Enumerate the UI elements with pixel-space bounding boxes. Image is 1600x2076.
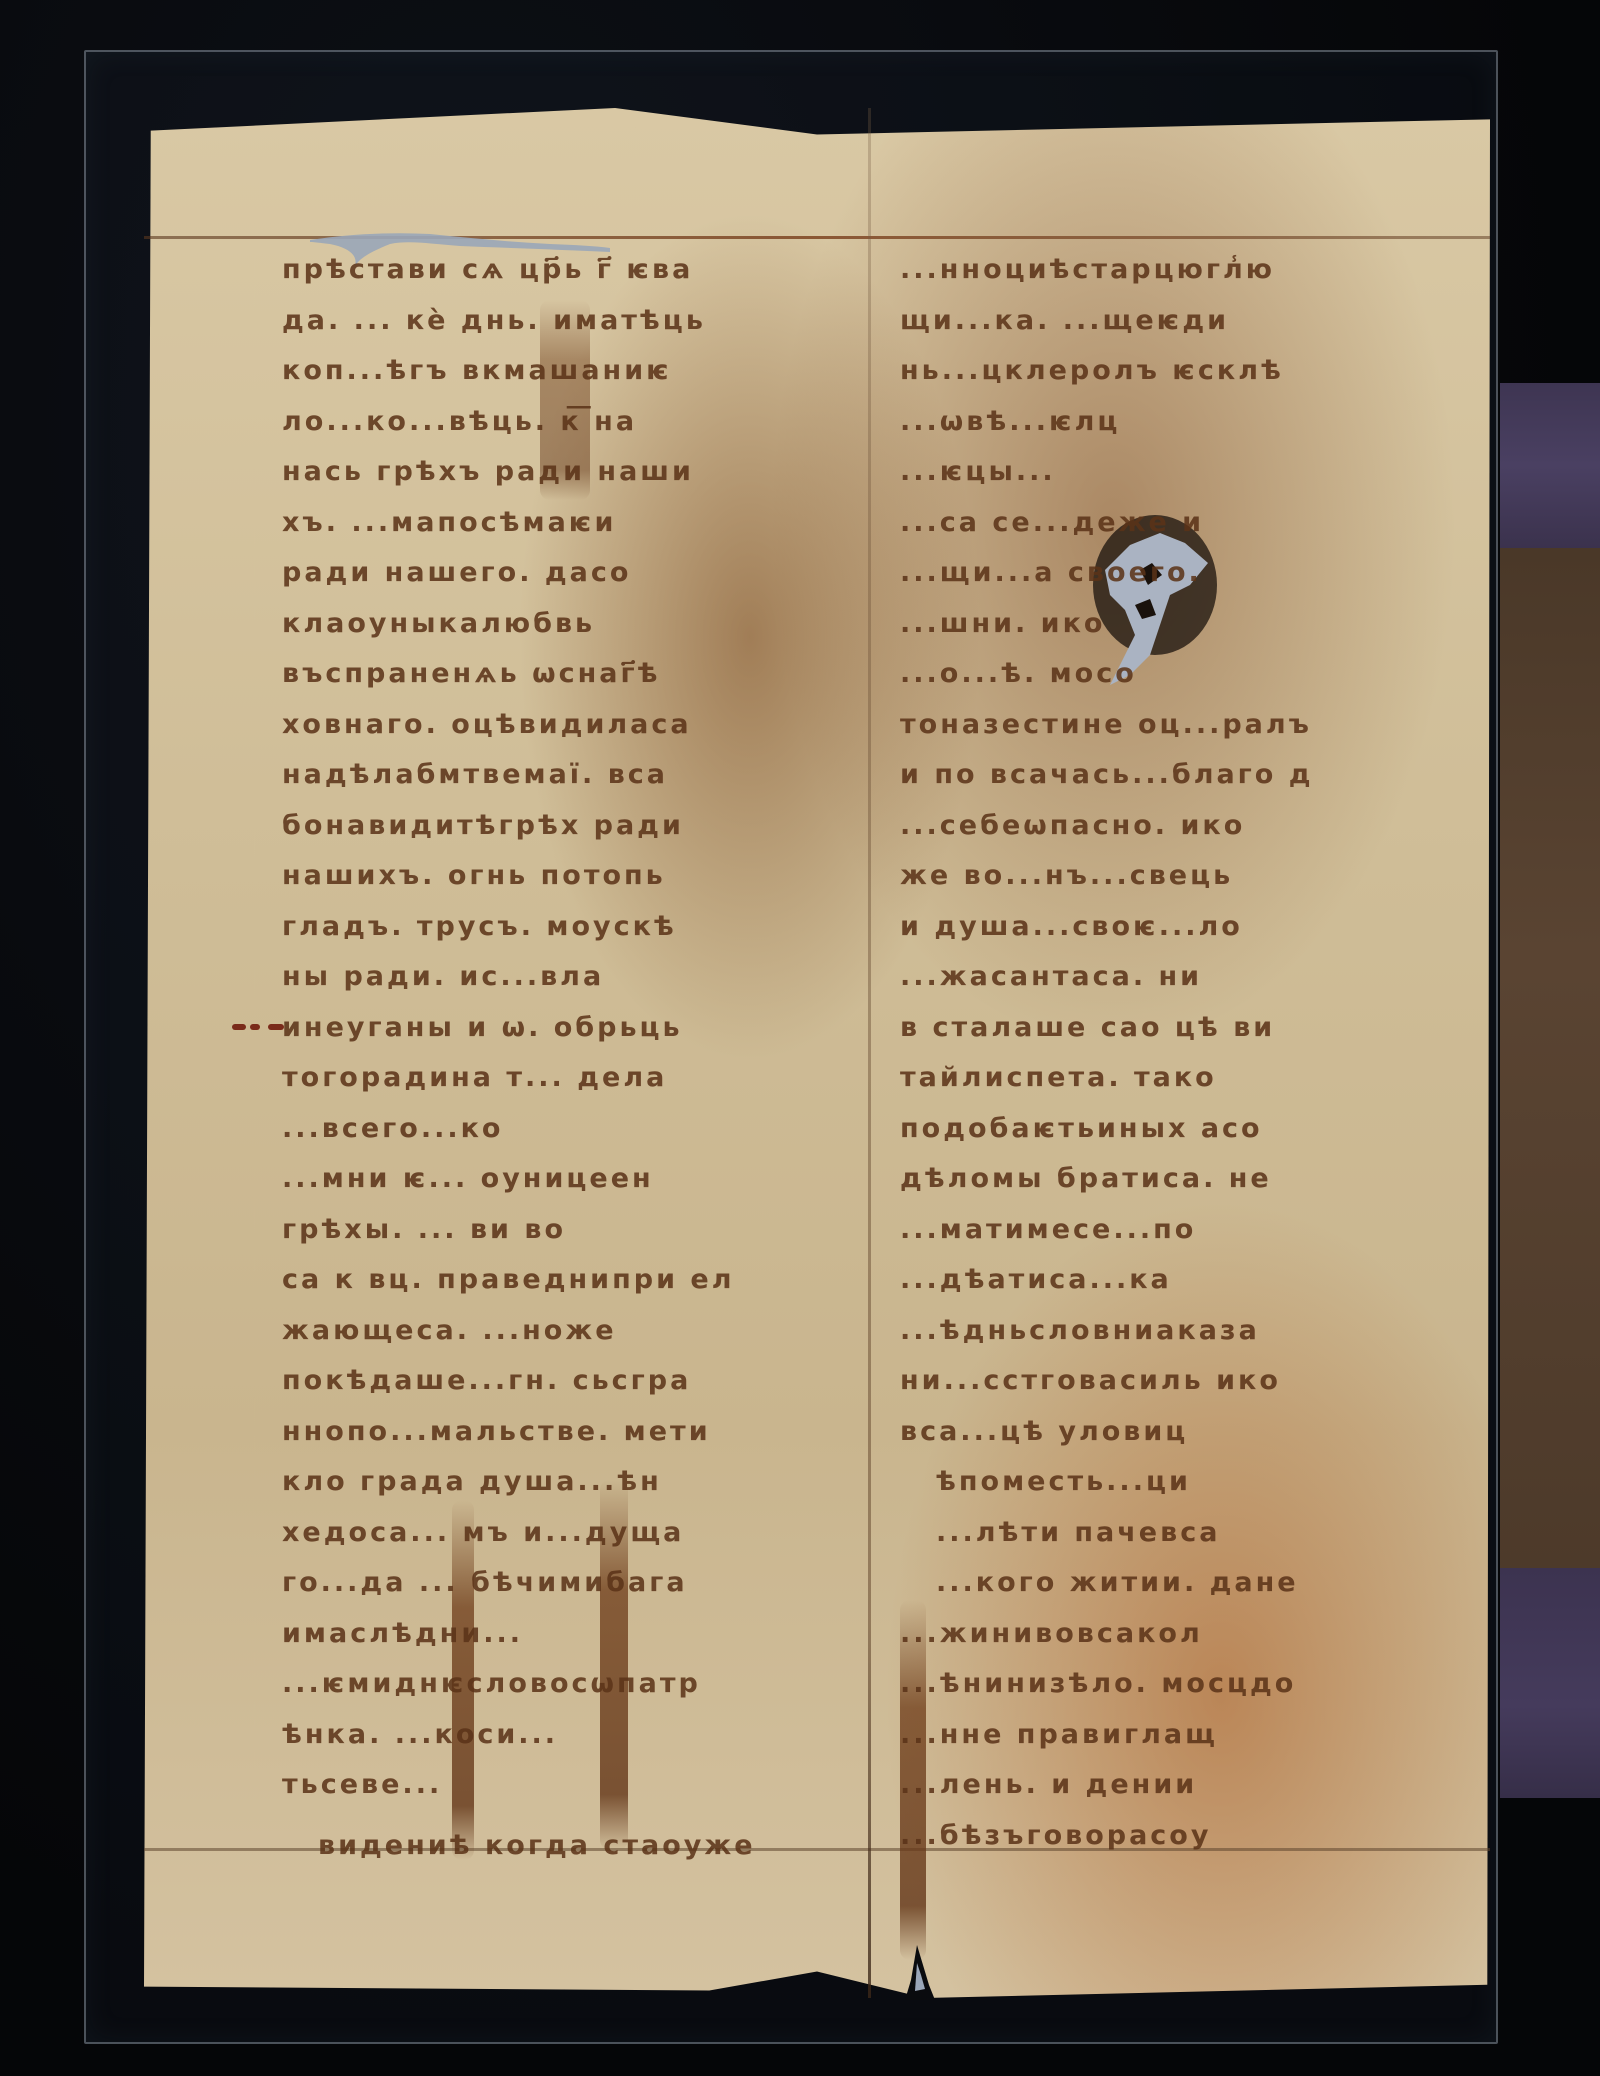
text-line: же во...нъ...свець (900, 851, 1420, 902)
text-line: да. ... кѐ днь. иматѣць (282, 296, 842, 347)
text-line: ...бѣзъговорасоу (900, 1811, 1420, 1862)
text-line-indented: видениѣ когда стаоуже (282, 1821, 842, 1872)
text-line: нась грѣхъ ради наши (282, 447, 842, 498)
text-line: хъ. ...мапосѣмаѥи (282, 498, 842, 549)
text-line: ...са се...деже и (900, 498, 1420, 549)
text-line: гладъ. трусъ. моускѣ (282, 902, 842, 953)
right-text-column: ...нноциѣстарцюгл̾ю щи...ка. ...щеѥди нь… (900, 245, 1420, 1861)
tear-bottom-center (905, 1945, 935, 2000)
text-line: и душа...своѥ...ло (900, 902, 1420, 953)
text-line: ...ѡвѣ...ѥлц (900, 397, 1420, 448)
text-line: го...да ... бѣчимибага (282, 1558, 842, 1609)
text-line: ...ѥцы... (900, 447, 1420, 498)
text-line: надѣлабмтвемаї. вса (282, 750, 842, 801)
text-line: ...щи...а своего. (900, 548, 1420, 599)
text-line: ...матимесе...по (900, 1205, 1420, 1256)
text-line: ...лень. и дении (900, 1760, 1420, 1811)
text-line: ...себеѡпасно. ико (900, 801, 1420, 852)
purple-fabric-strip-top (1500, 383, 1600, 548)
text-line: ...мни ѥ... оуницеен (282, 1154, 842, 1205)
text-line: ѣнка. ...коси... (282, 1710, 842, 1761)
text-line: имаслѣдни... (282, 1609, 842, 1660)
text-line: клаоуныкалюбвь (282, 599, 842, 650)
text-line: нашихъ. огнь потопь (282, 851, 842, 902)
text-line: ...дѣатиса...ка (900, 1255, 1420, 1306)
text-line: ...нне правиглащ (900, 1710, 1420, 1761)
text-line: кло града душа...ѣн (282, 1457, 842, 1508)
text-line-indented: ...лѣти пачевса (900, 1508, 1420, 1559)
purple-fabric-strip-bottom (1500, 1568, 1600, 1798)
text-line: тоназестине оц...ралъ (900, 700, 1420, 751)
text-line: и по всачась...благо д (900, 750, 1420, 801)
brown-fabric-strip (1500, 548, 1600, 1568)
text-line: грѣхы. ... ви во (282, 1205, 842, 1256)
text-line: ...ѣдньсловниаказа (900, 1306, 1420, 1357)
text-line-indented: ѣпоместь...ци (900, 1457, 1420, 1508)
text-line: покѣдаше...гн. сьсгра (282, 1356, 842, 1407)
text-line: хедоса... мъ и...дуща (282, 1508, 842, 1559)
text-line-indented: ...кого житии. дане (900, 1558, 1420, 1609)
text-line: ...о...ѣ. мосо (900, 649, 1420, 700)
text-line: ...всего...ко (282, 1104, 842, 1155)
text-line: вса...цѣ уловиц (900, 1407, 1420, 1458)
text-line: въспраненѧь ѡснаг҃ѣ (282, 649, 842, 700)
text-line: жающеса. ...ноже (282, 1306, 842, 1357)
text-line: прѣстави сѧ цр҃ь г҃ ѥва (282, 245, 842, 296)
text-line: инеуганы и ѡ. обрьць (282, 1003, 842, 1054)
text-line: тьсеве... (282, 1760, 842, 1811)
text-line: ...ѣнинизѣло. мосцдо (900, 1659, 1420, 1710)
text-line: коп...ѣгъ вкмашаниѥ (282, 346, 842, 397)
text-line: бонавидитѣгрѣх ради (282, 801, 842, 852)
text-line: ...жасантаса. ни (900, 952, 1420, 1003)
text-line: ховнаго. оцѣвидиласа (282, 700, 842, 751)
text-line: ...нноциѣстарцюгл̾ю (900, 245, 1420, 296)
text-line: ...шни. ико (900, 599, 1420, 650)
text-line: ны ради. ис...вла (282, 952, 842, 1003)
text-line: дѣломы братиса. не (900, 1154, 1420, 1205)
text-line: ни...сстговасиль ико (900, 1356, 1420, 1407)
text-line: тогорадина т... дела (282, 1053, 842, 1104)
text-line: подобаѥтьиных асо (900, 1104, 1420, 1155)
text-line: в сталаше сао цѣ ви (900, 1003, 1420, 1054)
text-line: ради нашего. дасо (282, 548, 842, 599)
text-line: щи...ка. ...щеѥди (900, 296, 1420, 347)
text-line: ло...ко...вѣць. к͞ на (282, 397, 842, 448)
text-line: нь...цклеролъ ѥсклѣ (900, 346, 1420, 397)
text-line: ннопо...мальстве. мети (282, 1407, 842, 1458)
text-line: ...ѥмиднѥсловосѡпатр (282, 1659, 842, 1710)
text-line: са к вц. праведнипри ел (282, 1255, 842, 1306)
left-text-column: прѣстави сѧ цр҃ь г҃ ѥва да. ... кѐ днь. … (282, 245, 842, 1871)
center-fold-crease (868, 108, 871, 1998)
text-line: тайлиспета. тако (900, 1053, 1420, 1104)
text-line: ...жинивовсакол (900, 1609, 1420, 1660)
